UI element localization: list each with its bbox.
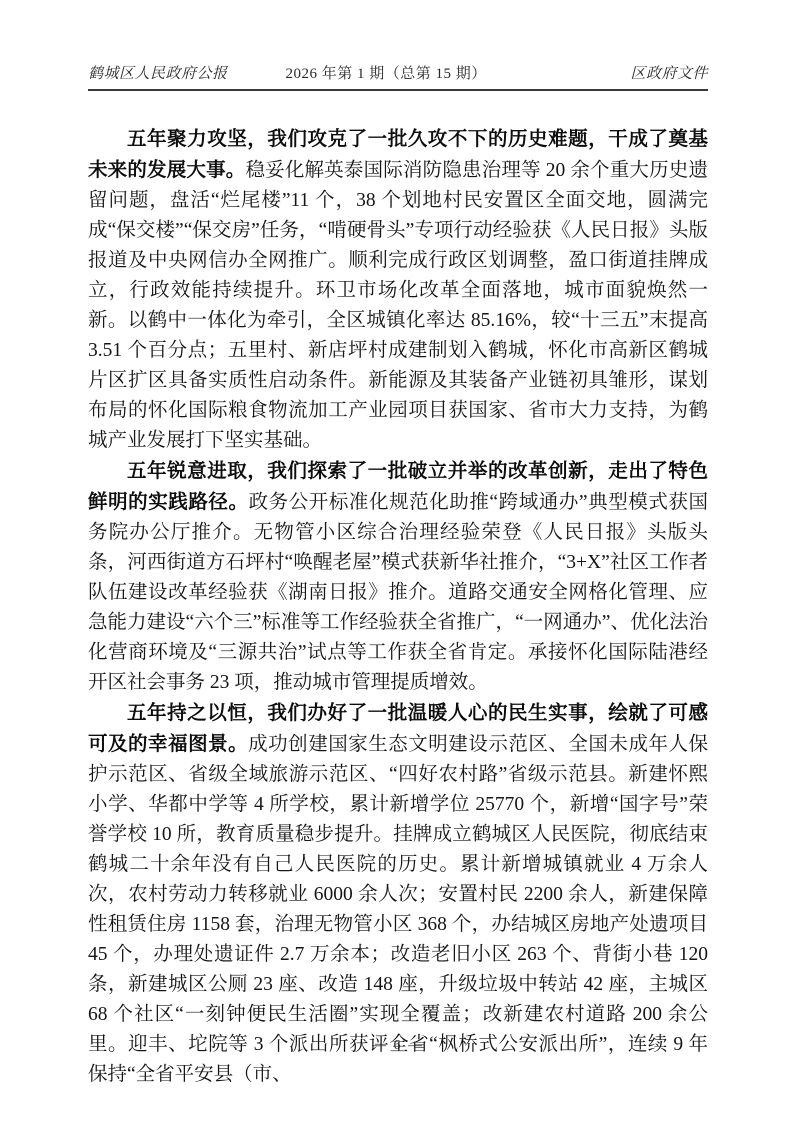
gazette-page: 鹤城区人民政府公报 2026 年第 1 期（总第 15 期） 区政府文件 五年聚… <box>88 0 708 1122</box>
paragraph-body: 政务公开标准化规范化助推“跨域通办”典型模式获国务院办公厅推介。无物管小区综合治… <box>88 492 708 693</box>
paragraph: 五年锐意进取，我们探索了一批破立并举的改革创新，走出了特色鲜明的实践路径。政务公… <box>88 456 708 698</box>
publication-title: 鹤城区人民政府公报 <box>88 62 228 83</box>
paragraph: 五年聚力攻坚，我们攻克了一批久攻不下的历史难题，干成了奠基未来的发展大事。稳妥化… <box>88 124 708 456</box>
page-header: 鹤城区人民政府公报 2026 年第 1 期（总第 15 期） 区政府文件 <box>88 0 708 91</box>
section-label: 区政府文件 <box>630 62 708 83</box>
paragraph: 五年持之以恒，我们办好了一批温暖人心的民生实事，绘就了可感可及的幸福图景。成功创… <box>88 698 708 1090</box>
document-body: 五年聚力攻坚，我们攻克了一批久攻不下的历史难题，干成了奠基未来的发展大事。稳妥化… <box>88 124 708 1090</box>
issue-info: 2026 年第 1 期（总第 15 期） <box>286 62 487 83</box>
paragraph-body: 稳妥化解英泰国际消防隐患治理等 20 余个重大历史遗留问题，盘活“烂尾楼”11 … <box>88 160 708 451</box>
paragraph-body: 成功创建国家生态文明建设示范区、全国未成年人保护示范区、省级全域旅游示范区、“四… <box>88 734 708 1085</box>
page-number: — 6 — <box>88 1038 708 1054</box>
